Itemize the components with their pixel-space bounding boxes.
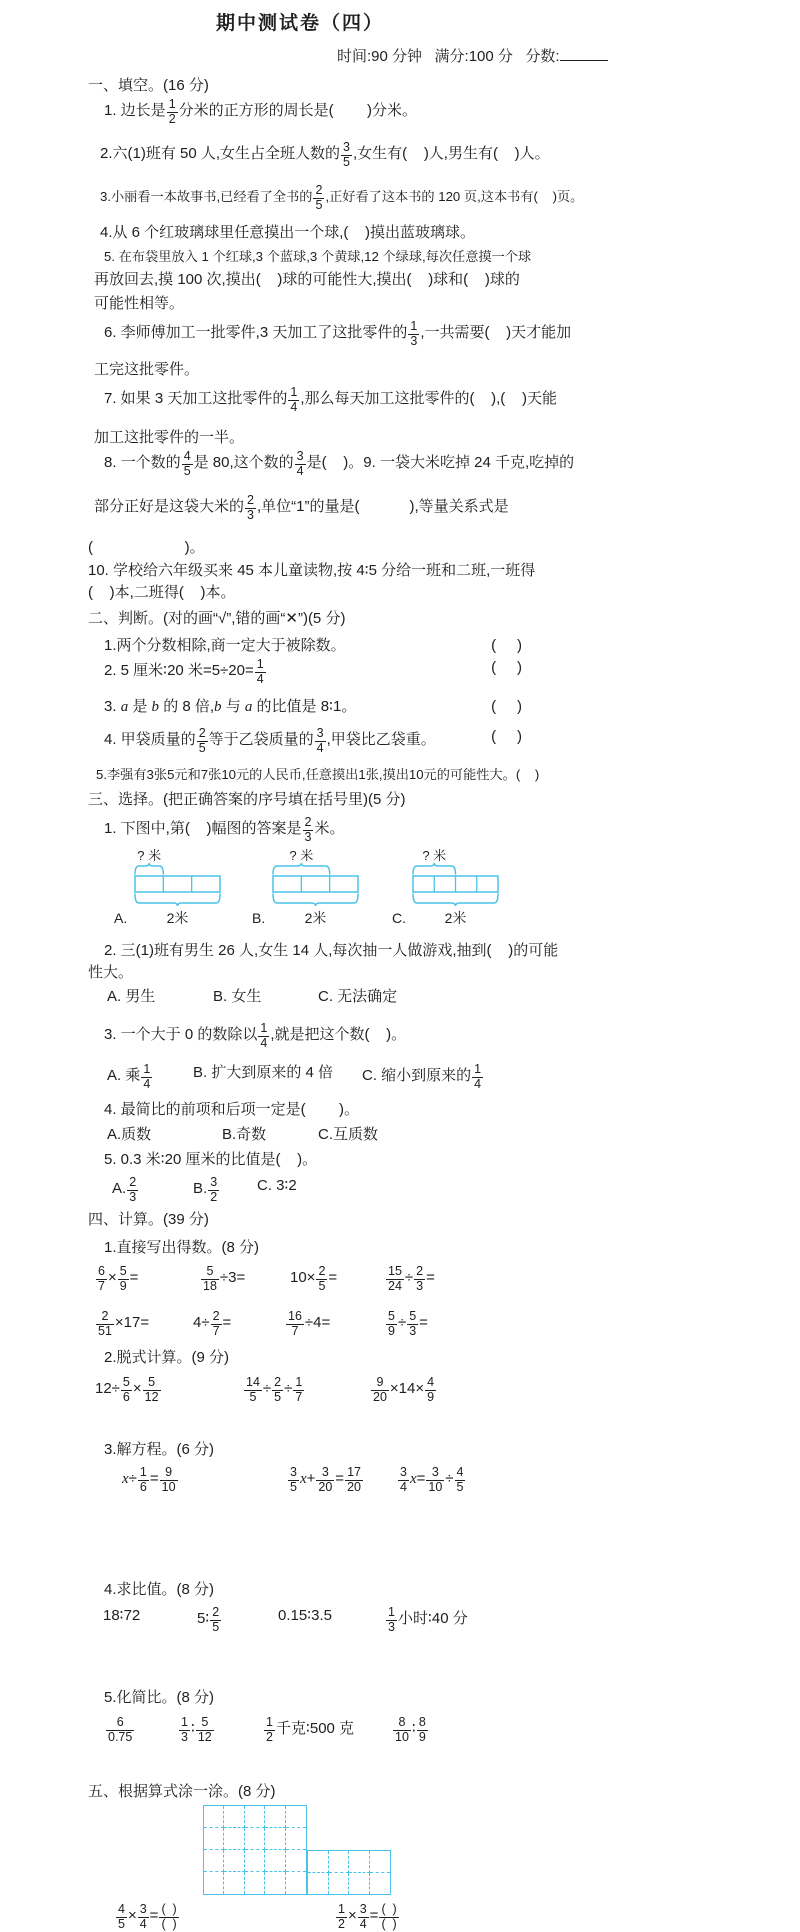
choice-q4-option-a: A.质数	[107, 1125, 151, 1145]
paint-grid-large	[203, 1805, 307, 1895]
grid-cell	[329, 1873, 350, 1895]
paint-heading: 五、根据算式涂一涂。(8 分)	[88, 1782, 276, 1802]
fraction: 59	[118, 1265, 129, 1293]
grid-cell	[286, 1806, 306, 1828]
grid-cell	[245, 1850, 265, 1872]
grid-cell	[370, 1873, 391, 1895]
svg-text:? 米: ? 米	[137, 848, 161, 863]
fraction: 25	[210, 1606, 221, 1634]
fraction: 1720	[345, 1466, 363, 1494]
svg-text:C.: C.	[392, 910, 406, 926]
calc-offform-expr: 12÷56×512	[95, 1376, 162, 1404]
fraction: 12	[167, 98, 178, 126]
calc-expr: 251×17=	[95, 1310, 149, 1338]
grid-cell	[308, 1873, 329, 1895]
score-blank	[560, 45, 608, 61]
fill-item-5-line2: 再放回去,摸 100 次,摸出( )球的可能性大,摸出( )球和( )球的	[94, 270, 520, 290]
fraction: 518	[201, 1265, 219, 1293]
fill-item-9-line3: ( )。	[88, 538, 205, 558]
fraction: 23	[245, 494, 256, 522]
calc-expr: 167÷4=	[285, 1310, 330, 1338]
fill-item-2: 2.六(1)班有 50 人,女生占全班人数的35,女生有( )人,男生有( )人…	[100, 141, 550, 169]
grid-cell	[286, 1872, 306, 1894]
fraction: 32	[208, 1176, 219, 1204]
judge-item-text: 1.两个分数相除,商一定大于被除数。	[104, 636, 346, 656]
svg-text:? 米: ? 米	[289, 848, 313, 863]
fraction: 512	[196, 1716, 214, 1744]
fraction: 45	[182, 450, 193, 478]
fraction: 45	[455, 1466, 466, 1494]
equation: 35x+320=1720	[287, 1466, 364, 1494]
fill-item-6-line1: 6. 李师傅加工一批零件,3 天加工了这批零件的13,一共需要( )天才能加	[104, 320, 571, 348]
choice-q1: 1. 下图中,第( )幅图的答案是23米。	[104, 816, 344, 844]
grid-cell	[204, 1850, 224, 1872]
fraction: 27	[211, 1310, 222, 1338]
calc-sub2-label: 2.脱式计算。(9 分)	[104, 1348, 229, 1368]
judge-item-5: 5.李强有3张5元和7张10元的人民币,任意摸出1张,摸出10元的可能性大。 (…	[96, 766, 528, 783]
answer-paren: ( )	[516, 766, 539, 783]
answer-paren: ( )	[491, 727, 522, 755]
choice-q2-option-c: C. 无法确定	[318, 987, 397, 1007]
grid-cell	[204, 1872, 224, 1894]
calc-heading: 四、计算。(39 分)	[88, 1210, 209, 1230]
grid-cell	[224, 1828, 244, 1850]
fraction: 89	[417, 1716, 428, 1744]
fraction: 34	[398, 1466, 409, 1494]
calc-expr: 10×25=	[290, 1265, 337, 1293]
equation: 34x=310÷45	[397, 1466, 466, 1494]
ratio-expr: 18∶72	[103, 1606, 140, 1626]
paper-meta: 时间:90 分钟 满分:100 分 分数:	[337, 45, 608, 67]
tape-diagram-a: ? 米A.2米	[112, 848, 264, 926]
choice-q2-option-a: A. 男生	[107, 987, 155, 1007]
ratio-expr: 13小时∶40 分	[385, 1606, 468, 1634]
judge-item-2: 2. 5 厘米∶20 米=5÷20=14 ( )	[104, 658, 522, 686]
equation: x÷16=910	[122, 1466, 179, 1494]
fill-item-10-line2: ( )本,二班得( )本。	[88, 583, 236, 603]
fill-item-4: 4.从 6 个红玻璃球里任意摸出一个球,( )摸出蓝玻璃球。	[100, 223, 475, 243]
choice-q2-option-b: B. 女生	[213, 987, 261, 1007]
choice-q3: 3. 一个大于 0 的数除以14,就是把这个数( )。	[104, 1022, 406, 1050]
choice-q2-line1: 2. 三(1)班有男生 26 人,女生 14 人,每次抽一人做游戏,抽到( )的…	[104, 941, 558, 961]
calc-expr: 1524÷23=	[385, 1265, 435, 1293]
fraction: 13	[386, 1606, 397, 1634]
fraction: 34	[358, 1903, 369, 1931]
fill-item-7-line1: 7. 如果 3 天加工这批零件的14,那么每天加工这批零件的( ),( )天能	[104, 386, 557, 414]
grid-cell	[224, 1872, 244, 1894]
fraction: 53	[407, 1310, 418, 1338]
grid-cell	[265, 1806, 285, 1828]
judge-item-text: 3. a 是 b 的 8 倍,b 与 a 的比值是 8∶1。	[104, 697, 356, 718]
fill-item-6-line2: 工完这批零件。	[94, 360, 199, 380]
svg-text:2米: 2米	[445, 910, 467, 926]
grid-cell	[349, 1851, 370, 1873]
fraction: 14	[255, 658, 266, 686]
fraction: 34	[315, 727, 326, 755]
simplify-expr: 810∶89	[392, 1716, 429, 1744]
answer-paren: ( )	[491, 636, 522, 656]
fraction: 14	[472, 1063, 483, 1091]
fraction: 920	[371, 1376, 389, 1404]
choice-q4-option-c: C.互质数	[318, 1125, 378, 1145]
fraction: 12	[336, 1903, 347, 1931]
fraction: 56	[121, 1376, 132, 1404]
fill-heading: 一、填空。(16 分)	[88, 76, 209, 96]
choice-q3-option-c: C. 缩小到原来的14	[362, 1063, 484, 1091]
grid-cell	[265, 1850, 285, 1872]
calc-offform-expr: 920×14×49	[370, 1376, 437, 1404]
ratio-expr: 5∶25	[197, 1606, 222, 1634]
fraction: 16	[138, 1466, 149, 1494]
fraction: 1524	[386, 1265, 404, 1293]
fraction: 34	[138, 1903, 149, 1931]
choice-q5-option-a: A.23	[112, 1176, 139, 1204]
svg-text:A.: A.	[114, 910, 127, 926]
choice-q2-line2: 性大。	[88, 963, 133, 983]
ratio-expr: 0.15∶3.5	[278, 1606, 332, 1626]
paint-formula-2: 12×34=( )( )	[335, 1903, 400, 1931]
judge-item-text: 2. 5 厘米∶20 米=5÷20=14	[104, 658, 267, 686]
grid-cell	[329, 1851, 350, 1873]
grid-cell	[286, 1850, 306, 1872]
fill-item-3: 3.小丽看一本故事书,已经看了全书的25,正好看了这本书的 120 页,这本书有…	[100, 184, 583, 212]
fraction: 67	[96, 1265, 107, 1293]
grid-cell	[245, 1806, 265, 1828]
paper-title: 期中测试卷（四）	[0, 12, 600, 37]
fraction: 145	[244, 1376, 262, 1404]
fraction: 25	[313, 184, 324, 212]
calc-sub4-label: 4.求比值。(8 分)	[104, 1580, 214, 1600]
judge-item-3: 3. a 是 b 的 8 倍,b 与 a 的比值是 8∶1。 ( )	[104, 697, 522, 718]
fraction: 25	[316, 1265, 327, 1293]
fraction: ( )( )	[159, 1903, 178, 1931]
judge-item-4: 4. 甲袋质量的25等于乙袋质量的34,甲袋比乙袋重。 ( )	[104, 727, 522, 755]
tape-diagram-b: ? 米B.2米	[250, 848, 402, 926]
grid-cell	[265, 1828, 285, 1850]
fraction: 45	[116, 1903, 127, 1931]
paint-grid-small	[307, 1850, 391, 1895]
fraction: 23	[303, 816, 314, 844]
fraction: 23	[414, 1265, 425, 1293]
fraction: 251	[96, 1310, 114, 1338]
grid-cell	[265, 1872, 285, 1894]
fill-item-1: 1. 边长是12分米的正方形的周长是( )分米。	[104, 98, 417, 126]
fraction: 17	[293, 1376, 304, 1404]
calc-expr: 67×59=	[95, 1265, 138, 1293]
svg-text:? 米: ? 米	[422, 848, 446, 863]
grid-cell	[308, 1851, 329, 1873]
calc-offform-expr: 145÷25÷17	[243, 1376, 305, 1404]
simplify-expr: 13∶512	[178, 1716, 215, 1744]
fraction: 810	[393, 1716, 411, 1744]
fill-item-5-line3: 可能性相等。	[94, 294, 184, 314]
calc-expr: 518÷3=	[200, 1265, 245, 1293]
fraction: 14	[141, 1063, 152, 1091]
fill-item-5-line1: 5. 在布袋里放入 1 个红球,3 个蓝球,3 个黄球,12 个绿球,每次任意摸…	[104, 248, 531, 265]
svg-text:B.: B.	[252, 910, 265, 926]
choice-q5-option-c: C. 3∶2	[257, 1176, 297, 1196]
calc-expr: 59÷53=	[385, 1310, 428, 1338]
judge-heading: 二、判断。(对的画“√”,错的画“✕”)(5 分)	[88, 609, 345, 629]
fraction: 310	[426, 1466, 444, 1494]
answer-paren: ( )	[491, 697, 522, 718]
judge-item-text: 5.李强有3张5元和7张10元的人民币,任意摸出1张,摸出10元的可能性大。	[96, 766, 516, 783]
simplify-expr: 60.75	[105, 1716, 135, 1744]
svg-text:2米: 2米	[167, 910, 189, 926]
judge-item-1: 1.两个分数相除,商一定大于被除数。 ( )	[104, 636, 522, 656]
fraction: 320	[316, 1466, 334, 1494]
fraction: 49	[425, 1376, 436, 1404]
fraction: 12	[264, 1716, 275, 1744]
choice-q4-option-b: B.奇数	[222, 1125, 266, 1145]
calc-sub5-label: 5.化简比。(8 分)	[104, 1688, 214, 1708]
grid-cell	[224, 1850, 244, 1872]
grid-cell	[245, 1828, 265, 1850]
choice-heading: 三、选择。(把正确答案的序号填在括号里)(5 分)	[88, 790, 406, 810]
fraction: 13	[179, 1716, 190, 1744]
fraction: 59	[386, 1310, 397, 1338]
choice-q3-option-a: A. 乘14	[107, 1063, 153, 1091]
svg-text:2米: 2米	[305, 910, 327, 926]
fraction: 23	[127, 1176, 138, 1204]
fill-item-9-line2: 部分正好是这袋大米的23,单位“1”的量是( ),等量关系式是	[94, 494, 509, 522]
fill-item-8-9-line1: 8. 一个数的45是 80,这个数的34是( )。9. 一袋大米吃掉 24 千克…	[104, 450, 574, 478]
choice-q5: 5. 0.3 米∶20 厘米的比值是( )。	[104, 1150, 317, 1170]
calc-sub1-label: 1.直接写出得数。(8 分)	[104, 1238, 259, 1258]
fraction: 910	[160, 1466, 178, 1494]
fraction: 14	[258, 1022, 269, 1050]
fraction: 60.75	[106, 1716, 134, 1744]
calc-expr: 4÷27=	[193, 1310, 231, 1338]
fraction: 34	[295, 450, 306, 478]
grid-cell	[245, 1872, 265, 1894]
grid-cell	[204, 1806, 224, 1828]
fraction: ( )( )	[379, 1903, 398, 1931]
grid-cell	[286, 1828, 306, 1850]
answer-paren: ( )	[491, 658, 522, 686]
fill-item-10-line1: 10. 学校给六年级买来 45 本儿童读物,按 4∶5 分给一班和二班,一班得	[88, 561, 535, 581]
grid-cell	[204, 1828, 224, 1850]
simplify-expr: 12千克∶500 克	[263, 1716, 354, 1744]
grid-cell	[224, 1806, 244, 1828]
test-paper-page: 期中测试卷（四） 时间:90 分钟 满分:100 分 分数: 一、填空。(16 …	[0, 0, 800, 1932]
paint-formula-1: 45×34=( )( )	[115, 1903, 180, 1931]
fraction: 167	[286, 1310, 304, 1338]
fraction: 512	[143, 1376, 161, 1404]
fraction: 35	[288, 1466, 299, 1494]
fraction: 14	[288, 386, 299, 414]
choice-q4: 4. 最简比的前项和后项一定是( )。	[104, 1100, 359, 1120]
fill-item-7-line2: 加工这批零件的一半。	[94, 428, 244, 448]
choice-q3-option-b: B. 扩大到原来的 4 倍	[193, 1063, 333, 1083]
grid-cell	[349, 1873, 370, 1895]
fraction: 25	[197, 727, 208, 755]
grid-cell	[370, 1851, 391, 1873]
choice-q5-option-b: B.32	[193, 1176, 220, 1204]
fraction: 25	[272, 1376, 283, 1404]
calc-sub3-label: 3.解方程。(6 分)	[104, 1440, 214, 1460]
tape-diagram-c: ? 米C.2米	[390, 848, 542, 926]
judge-item-text: 4. 甲袋质量的25等于乙袋质量的34,甲袋比乙袋重。	[104, 727, 436, 755]
fraction: 13	[408, 320, 419, 348]
fraction: 35	[341, 141, 352, 169]
